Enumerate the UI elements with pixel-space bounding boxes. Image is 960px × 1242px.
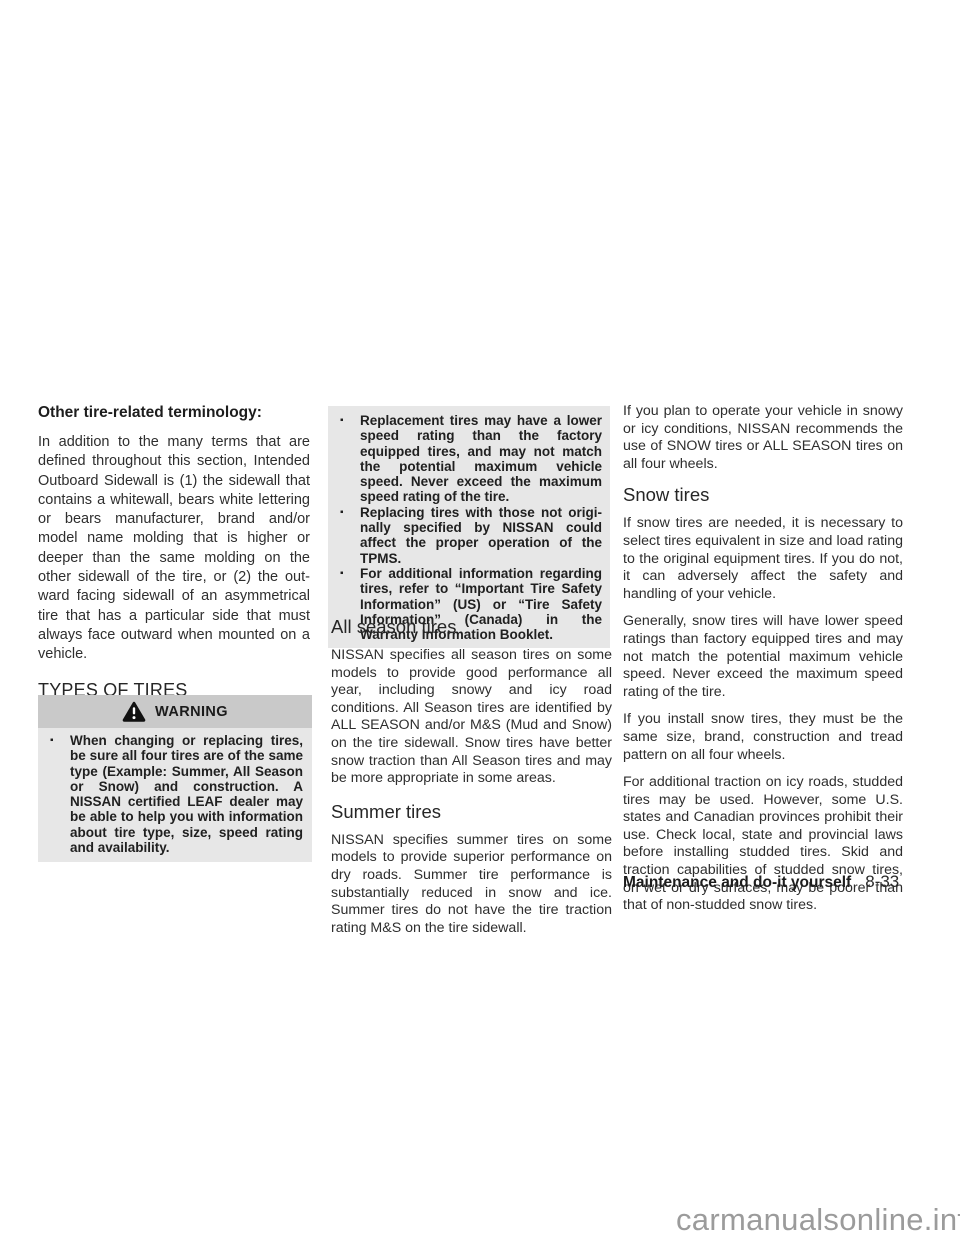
bullet-marker: ▪: [48, 733, 70, 855]
all-season-tires-paragraph: NISSAN specifies all season tires on som…: [331, 647, 612, 788]
page-footer: Maintenance and do-it yourself8-33: [623, 872, 894, 892]
snow-tires-paragraph: For additional traction on icy roads, st…: [623, 774, 903, 915]
warning-body-left: ▪ When changing or replacing tires, be s…: [38, 728, 312, 862]
terminology-heading: Other tire-related terminology:: [38, 403, 310, 422]
summer-tires-heading: Summer tires: [331, 801, 612, 823]
bullet-marker: ▪: [338, 413, 360, 505]
warning-bullet: ▪ When changing or replacing tires, be s…: [48, 733, 303, 855]
snow-tires-paragraph: Generally, snow tires will have lower sp…: [623, 613, 903, 701]
warning-title: WARNING: [155, 704, 228, 720]
bullet-marker: ▪: [338, 505, 360, 566]
warning-bullet-text: When changing or replacing tires, be sur…: [70, 733, 303, 855]
footer-chapter-title: Maintenance and do-it yourself: [623, 874, 851, 891]
left-column: Other tire-related terminology: In addit…: [38, 403, 310, 701]
terminology-paragraph: In addition to the many terms that are d…: [38, 433, 310, 665]
snow-tires-heading: Snow tires: [623, 484, 903, 506]
watermark-text: carmanualsonline.info: [676, 1203, 960, 1237]
warning-bullet-text: Replacement tires may have a lower speed…: [360, 413, 602, 505]
warning-header: WARNING: [38, 695, 312, 728]
snow-tires-paragraph: If you install snow tires, they must be …: [623, 711, 903, 764]
snow-tires-paragraph: If snow tires are needed, it is necessar…: [623, 515, 903, 603]
manual-page: { "left_column": { "heading": "Other tir…: [0, 0, 960, 1242]
summer-tires-paragraph: NISSAN specifies summer tires on some mo…: [331, 832, 612, 938]
warning-bullet-text: Replacing tires with those not origi­nal…: [360, 505, 602, 566]
all-season-tires-heading: All season tires: [331, 616, 612, 638]
warning-bullet: ▪ Replacing tires with those not origi­n…: [338, 505, 602, 566]
warning-box-middle: ▪ Replacement tires may have a lower spe…: [328, 406, 610, 648]
warning-triangle-icon: [122, 701, 146, 722]
middle-column: All season tires NISSAN specifies all se…: [331, 616, 612, 937]
warning-bullet: ▪ Replacement tires may have a lower spe…: [338, 413, 602, 505]
snow-intro-paragraph: If you plan to operate your vehicle in s…: [623, 403, 903, 473]
footer-page-number: 8-33: [865, 872, 899, 891]
right-column: If you plan to operate your vehicle in s…: [623, 403, 903, 925]
warning-box-left: WARNING ▪ When changing or replacing tir…: [38, 695, 312, 862]
